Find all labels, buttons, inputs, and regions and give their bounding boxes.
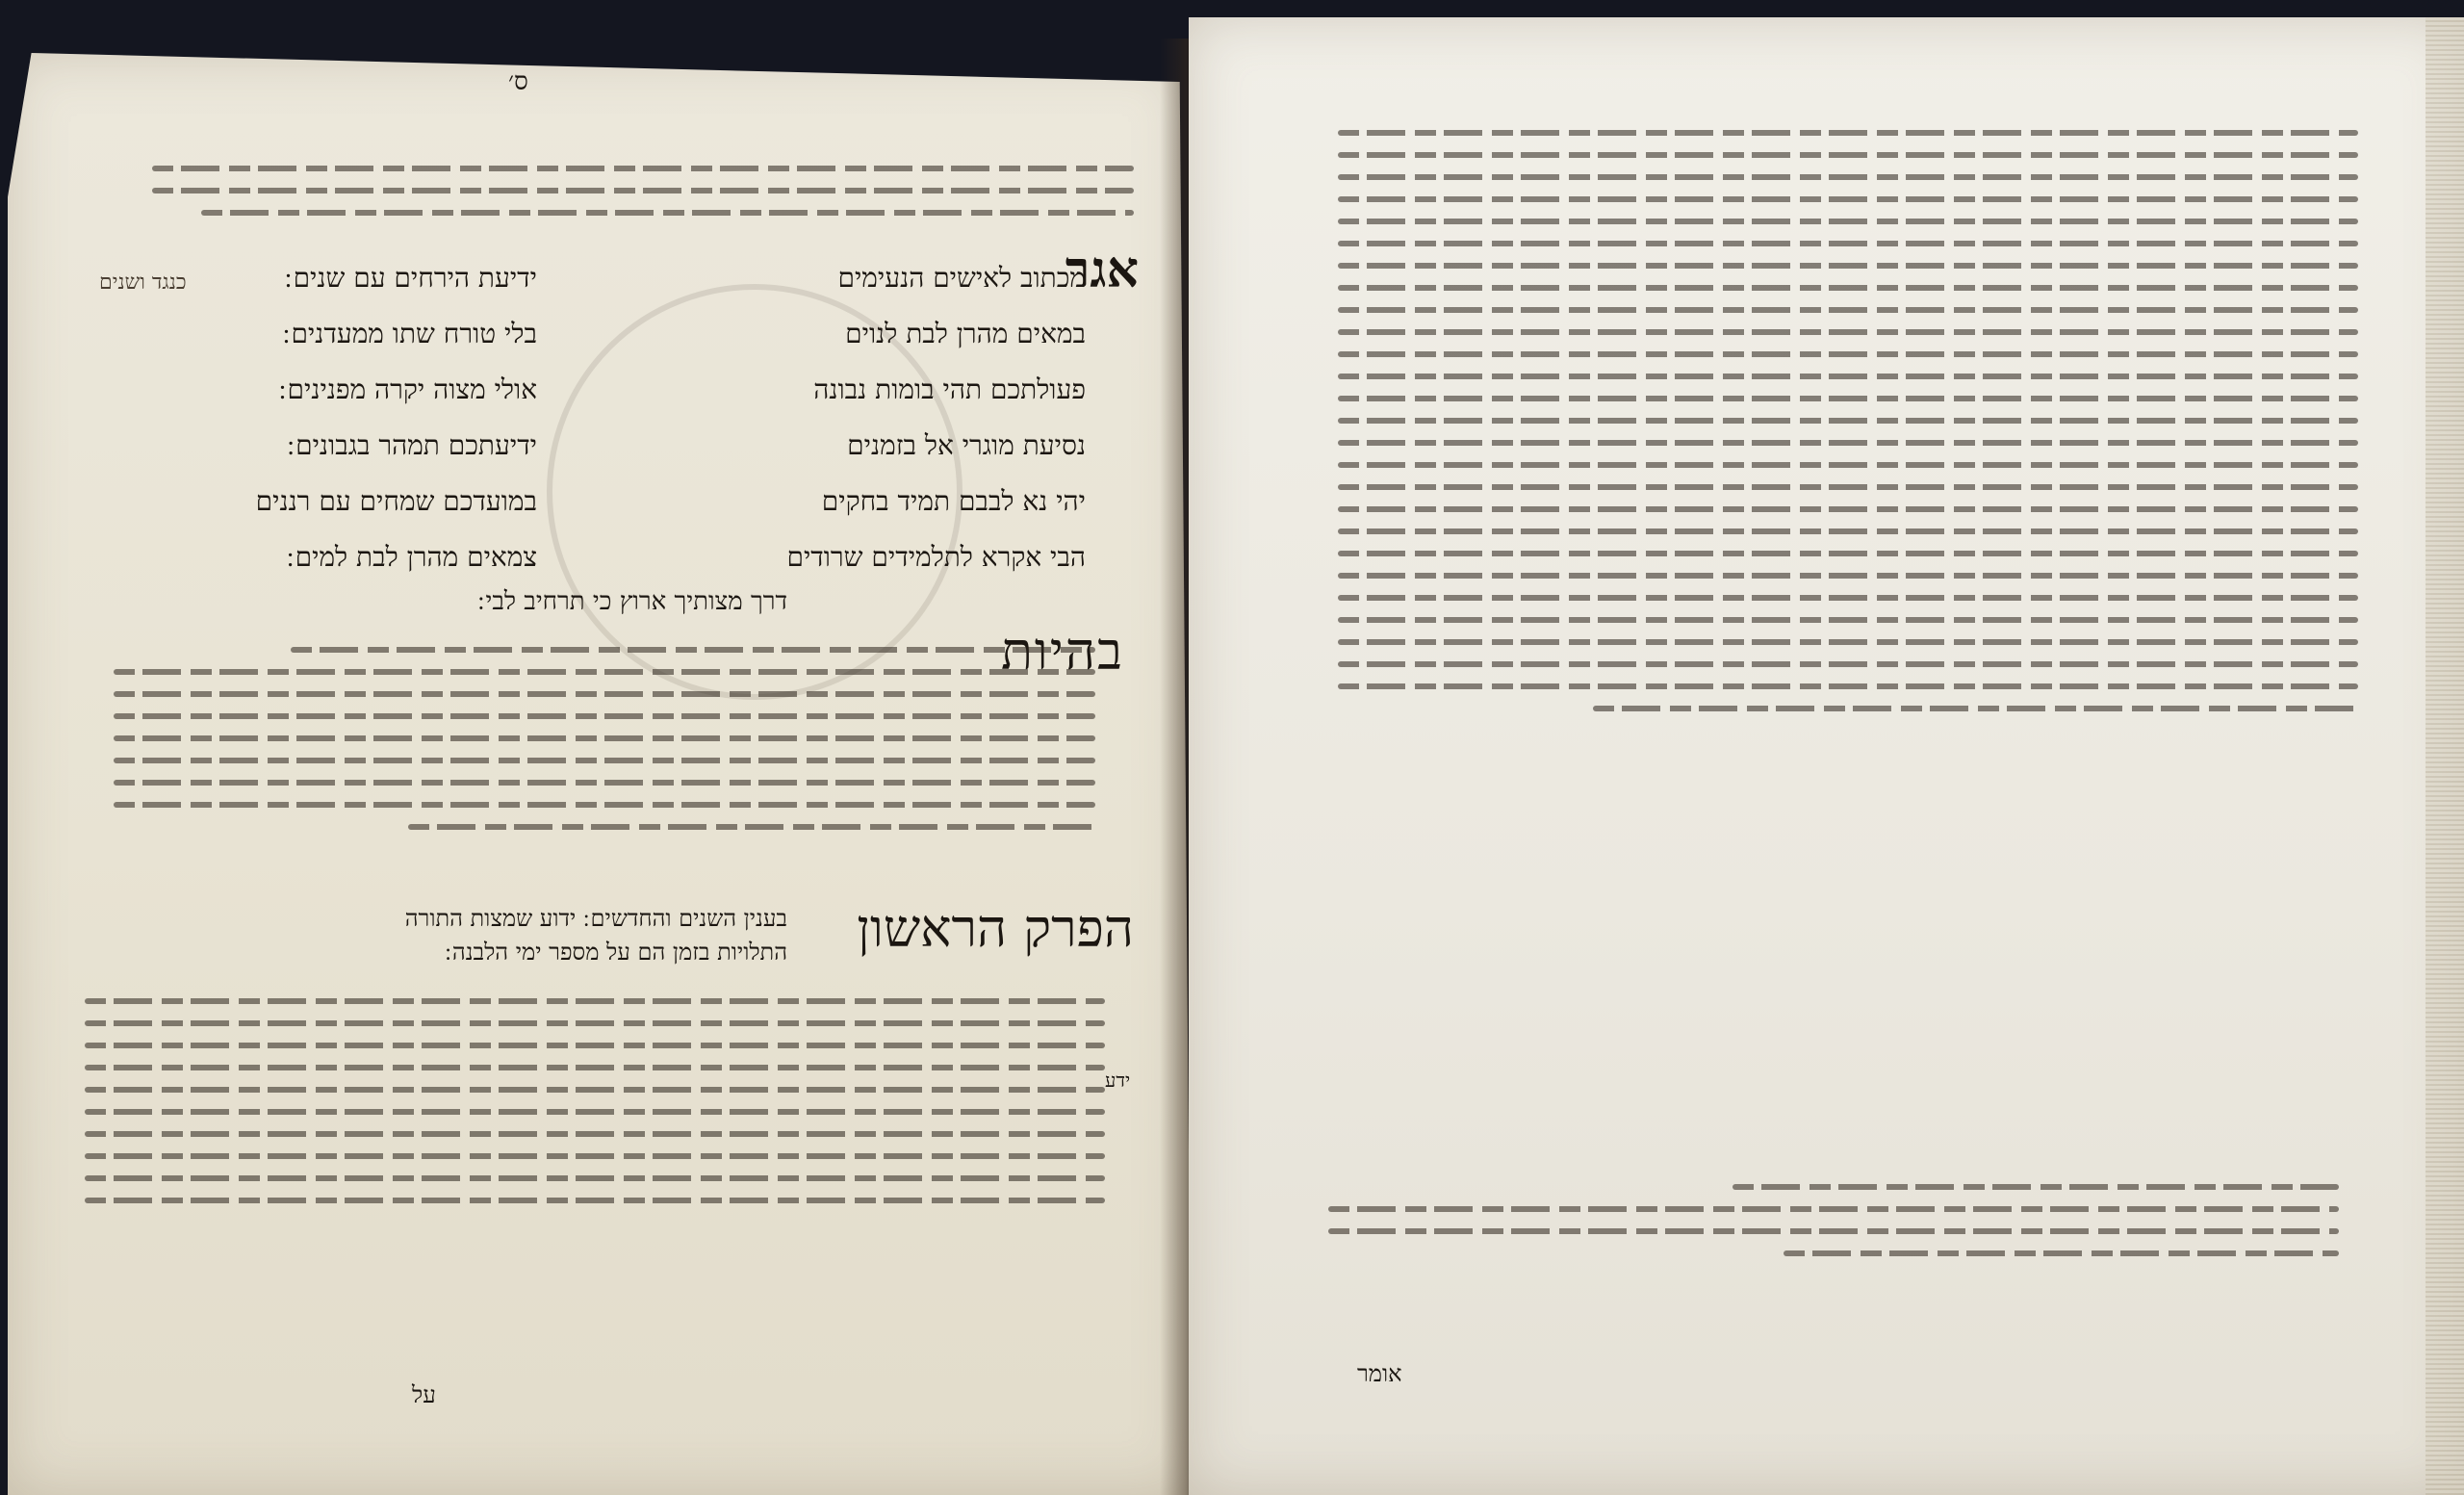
stanza-row: נסיעת מוגרי אל בזמנים ידיעתכם תמהר בגבונ…: [123, 418, 1086, 474]
illegible-line: [114, 713, 1095, 719]
centered-verse: דרך מצותיך ארוץ כי תרחיב לבי ׃: [477, 587, 787, 616]
illegible-line: [85, 1131, 1105, 1137]
illegible-line: [1338, 661, 2358, 667]
illegible-line: [1338, 462, 2358, 468]
stanza-row: פעולתכם תהי בומות נבונה אולי מצוה יקרה מ…: [123, 362, 1086, 418]
illegible-line: [1328, 1206, 2339, 1212]
illegible-line: [1338, 351, 2358, 357]
illegible-line: [1338, 130, 2358, 136]
book-spread: ס׳ אגר כנגד ושנים מכתוב לאישים הנעימים י…: [0, 0, 2464, 1495]
illegible-line: [1338, 396, 2358, 401]
header-paragraph: [152, 149, 1134, 232]
illegible-line: [85, 998, 1105, 1004]
left-page: ס׳ אגר כנגד ושנים מכתוב לאישים הנעימים י…: [8, 53, 1192, 1495]
illegible-line: [85, 1087, 1105, 1093]
illegible-line: [1338, 506, 2358, 512]
illegible-line: [1338, 484, 2358, 490]
illegible-line: [1338, 196, 2358, 202]
lower-paragraph: [85, 982, 1105, 1220]
illegible-line: [1593, 706, 2358, 711]
main-paragraph: [1338, 114, 2358, 728]
illegible-line: [152, 166, 1134, 171]
stanza-row: יהי נא לבבם תמיד בחקים במועדכם שמחים עם …: [123, 474, 1086, 529]
illegible-line: [291, 647, 1095, 653]
illegible-line: [85, 1175, 1105, 1181]
chapter-subtitle: בענין השנים והחדשים ׃ ידוע שמצות התורה ה…: [171, 905, 787, 967]
illegible-line: [1338, 440, 2358, 446]
illegible-line: [85, 1043, 1105, 1048]
poem-stanza: מכתוב לאישים הנעימים ידיעת הירחים עם שני…: [123, 250, 1086, 585]
stanza-row: במאים מהרן לבת לנוים בלי טורח שתו ממעדני…: [123, 306, 1086, 362]
illegible-line: [1338, 418, 2358, 424]
illegible-line: [85, 1198, 1105, 1203]
illegible-line: [85, 1065, 1105, 1070]
illegible-line: [1338, 307, 2358, 313]
illegible-line: [1338, 174, 2358, 180]
illegible-line: [114, 780, 1095, 786]
main-paragraph: [114, 631, 1095, 846]
illegible-line: [152, 188, 1134, 193]
illegible-line: [114, 802, 1095, 808]
illegible-line: [1338, 263, 2358, 269]
illegible-line: [1338, 639, 2358, 645]
illegible-line: [1338, 219, 2358, 224]
illegible-line: [114, 758, 1095, 763]
illegible-line: [1338, 528, 2358, 534]
illegible-line: [408, 824, 1095, 830]
illegible-line: [1338, 551, 2358, 556]
right-page: אומר: [1189, 17, 2464, 1495]
illegible-line: [85, 1020, 1105, 1026]
illegible-line: [1338, 285, 2358, 291]
illegible-line: [201, 210, 1134, 216]
illegible-line: [1338, 241, 2358, 246]
illegible-line: [1328, 1228, 2339, 1234]
illegible-line: [1338, 329, 2358, 335]
chapter-heading: הפרק הראשון: [857, 898, 1134, 959]
illegible-line: [1338, 152, 2358, 158]
illegible-line: [1732, 1184, 2339, 1190]
illegible-line: [1338, 683, 2358, 689]
folio-mark: ס׳: [508, 67, 528, 96]
illegible-line: [1784, 1250, 2340, 1256]
illegible-line: [1338, 573, 2358, 579]
page-edges: [2425, 17, 2464, 1495]
illegible-line: [114, 735, 1095, 741]
illegible-line: [114, 669, 1095, 675]
illegible-line: [85, 1153, 1105, 1159]
illegible-line: [85, 1109, 1105, 1115]
stanza-row: הבי אקרא לתלמידים שרודים צמאים מהרן לבת …: [123, 529, 1086, 585]
illegible-line: [1338, 374, 2358, 379]
illegible-line: [1338, 617, 2358, 623]
illegible-line: [1338, 595, 2358, 601]
side-mark: ידע: [1105, 1069, 1130, 1093]
stanza-row: מכתוב לאישים הנעימים ידיעת הירחים עם שני…: [123, 250, 1086, 306]
illegible-line: [114, 691, 1095, 697]
catchword: אומר: [1357, 1360, 1402, 1388]
bottom-note: [1328, 1168, 2339, 1273]
catchword: על: [412, 1381, 436, 1409]
